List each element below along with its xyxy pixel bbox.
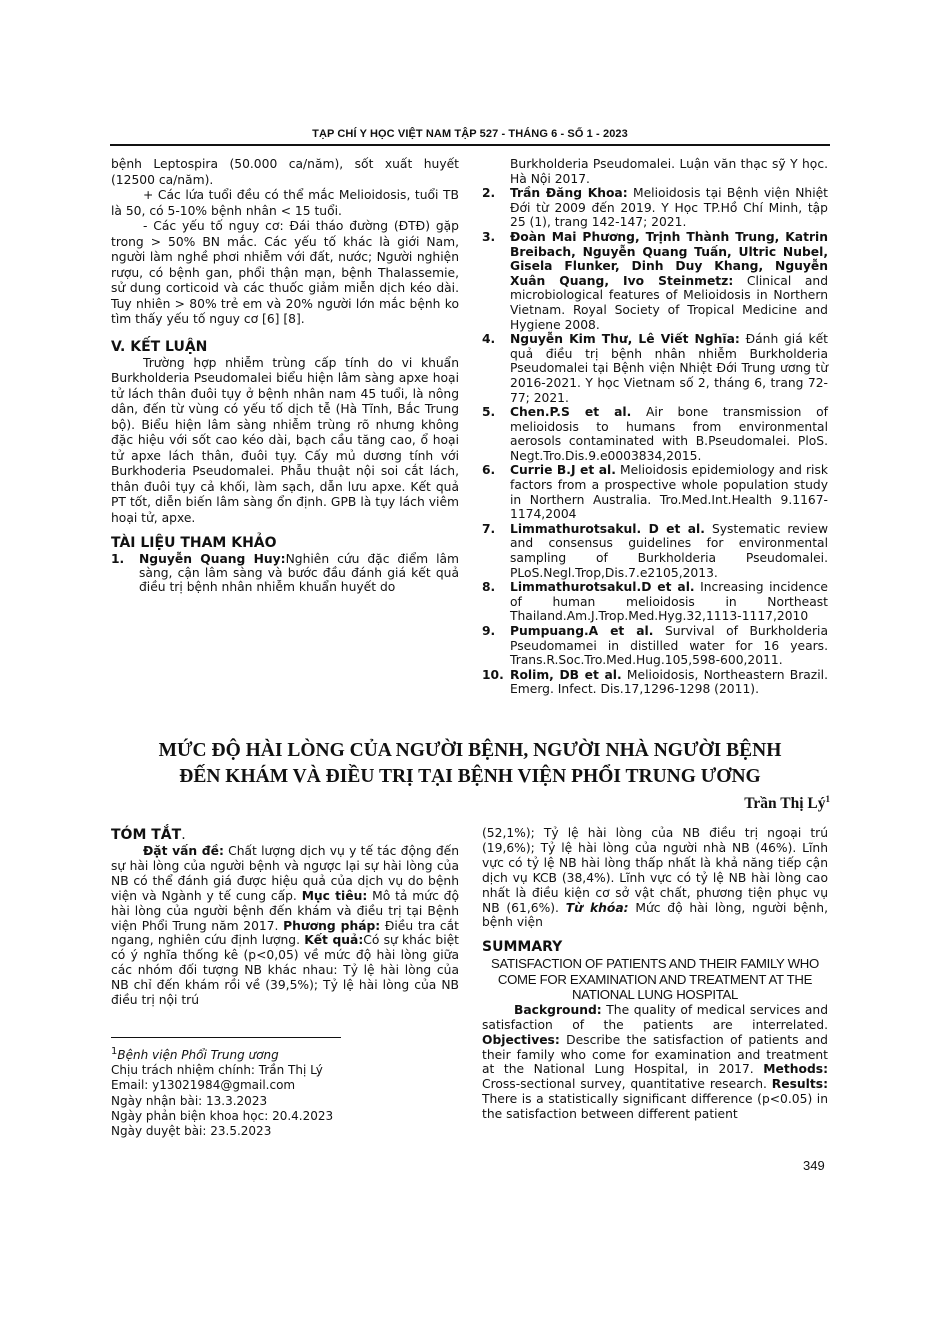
references-heading: TÀI LIỆU THAM KHẢO [111,534,459,552]
reference-item: 3.Đoàn Mai Phương, Trịnh Thành Trung, Ka… [482,230,828,332]
reference-item-continued: Burkholderia Pseudomalei. Luận văn thạc … [482,157,828,186]
reference-body: Nguyễn Quang Huy:Nghiên cứu đặc điểm lâm… [139,552,459,594]
footnote-reviewed: Ngày phản biện khoa học: 20.4.2023 [111,1109,459,1124]
reference-authors: Currie B.J et al. [510,463,616,477]
reference-item: 5.Chen.P.S et al. Air bone transmission … [482,405,828,463]
footnote-received: Ngày nhận bài: 13.3.2023 [111,1094,459,1109]
footnote-rule [111,1037,341,1038]
article-title-line: ĐẾN KHÁM VÀ ĐIỀU TRỊ TẠI BỆNH VIỆN PHỔI … [110,764,830,790]
abstract-heading: TÓM TẮT. [111,826,459,844]
reference-item: 4.Nguyễn Kim Thư, Lê Viết Nghĩa: Đánh gi… [482,332,828,405]
summary-heading: SUMMARY [482,938,828,956]
reference-item: 7.Limmathurotsakul. D et al. Systematic … [482,522,828,580]
reference-authors: Nguyễn Quang Huy: [139,552,286,566]
paragraph: + Các lứa tuổi đều có thể mắc Melioidosi… [111,188,459,219]
reference-number: 1. [111,552,139,594]
reference-authors: Chen.P.S et al. [510,405,631,419]
reference-item: 1. Nguyễn Quang Huy:Nghiên cứu đặc điểm … [111,552,459,594]
reference-authors: Nguyễn Kim Thư, Lê Viết Nghĩa: [510,332,740,346]
reference-item: 2.Trần Đăng Khoa: Melioidosis tại Bệnh v… [482,186,828,230]
article-title: MỨC ĐỘ HÀI LÒNG CỦA NGƯỜI BỆNH, NGƯỜI NH… [110,738,830,790]
footnote-email: Email: y13021984@gmail.com [111,1078,459,1093]
reference-authors: Rolim, DB et al. [510,668,622,682]
reference-authors: Trần Đăng Khoa: [510,186,628,200]
footnote: 1Bệnh viện Phổi Trung ương Chịu trách nh… [111,1044,459,1139]
reference-authors: Limmathurotsakul. D et al. [510,522,705,536]
summary-body: Background: The quality of medical servi… [482,1003,828,1122]
reference-item: 8.Limmathurotsakul.D et al. Increasing i… [482,580,828,624]
reference-authors: Limmathurotsakul.D et al. [510,580,695,594]
abstract-body: Đặt vấn đề: Chất lượng dịch vụ y tế tác … [111,844,459,1008]
reference-authors: Pumpuang.A et al. [510,624,653,638]
article-author: Trần Thị Lý1 [744,794,830,813]
footnote-approved: Ngày duyệt bài: 23.5.2023 [111,1124,459,1139]
journal-header: TẠP CHÍ Y HỌC VIỆT NAM TẬP 527 - THÁNG 6… [110,128,830,140]
abstract-results-part2: (52,1%); Tỷ lệ hài lòng của NB điều trị … [482,826,828,930]
left-column-top: bệnh Leptospira (50.000 ca/năm), sốt xuấ… [111,157,459,594]
header-rule [110,144,830,146]
keywords: Mức độ hài lòng, người bệnh, bệnh viện [482,901,828,930]
reference-text: Burkholderia Pseudomalei. Luận văn thạc … [510,157,828,186]
reference-item: 6.Currie B.J et al. Melioidosis epidemio… [482,463,828,521]
keywords-label: Từ khóa: [566,901,629,915]
conclusion-heading: V. KẾT LUẬN [111,338,459,356]
footnote-affiliation: 1Bệnh viện Phổi Trung ương [111,1044,459,1063]
reference-item: 10.Rolim, DB et al. Melioidosis, Northea… [482,668,828,697]
footnote-responsible: Chịu trách nhiệm chính: Trần Thị Lý [111,1063,459,1078]
summary-title: SATISFACTION OF PATIENTS AND THEIR FAMIL… [482,956,828,1003]
paragraph: - Các yếu tố nguy cơ: Đái tháo đường (ĐT… [111,219,459,328]
article-title-line: MỨC ĐỘ HÀI LÒNG CỦA NGƯỜI BỆNH, NGƯỜI NH… [110,738,830,764]
paragraph: bệnh Leptospira (50.000 ca/năm), sốt xuấ… [111,157,459,188]
abstract-vietnamese: TÓM TẮT. Đặt vấn đề: Chất lượng dịch vụ … [111,826,459,1008]
abstract-vietnamese-continued: (52,1%); Tỷ lệ hài lòng của NB điều trị … [482,826,828,1122]
page-number: 349 [803,1158,825,1173]
conclusion-paragraph: Trường hợp nhiễm trùng cấp tính do vi kh… [111,356,459,527]
reference-item: 9.Pumpuang.A et al. Survival of Burkhold… [482,624,828,668]
right-column-references: Burkholderia Pseudomalei. Luận văn thạc … [482,157,828,697]
